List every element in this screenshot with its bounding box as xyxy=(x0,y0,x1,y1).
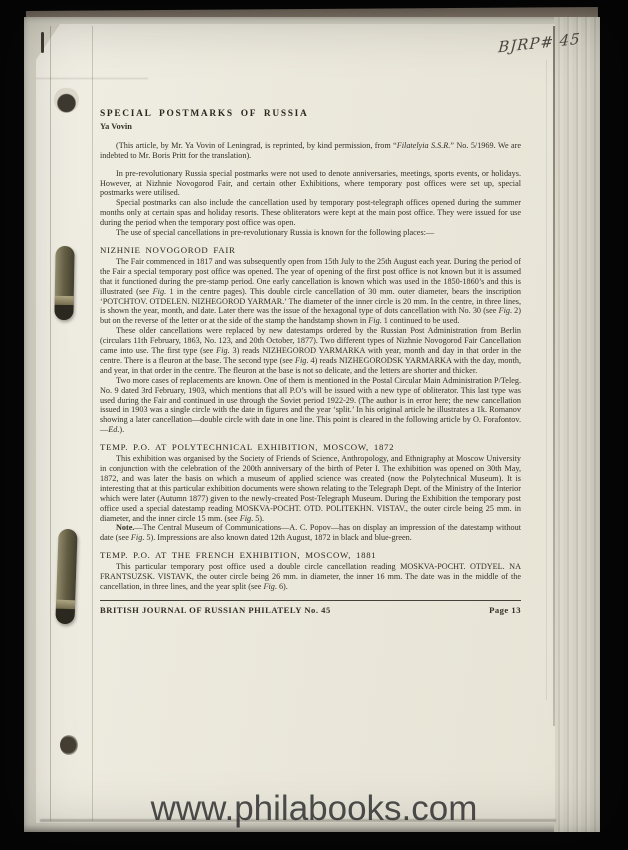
edge-pen-mark xyxy=(41,32,44,53)
section-paragraph: The Fair commenced in 1817 and was subse… xyxy=(100,257,521,326)
article-title: SPECIAL POSTMARKS OF RUSSIA xyxy=(100,110,521,120)
intro-paragraph: (This article, by Mr. Ya Vovin of Lening… xyxy=(100,141,521,161)
intro-paragraph: In pre-revolutionary Russia special post… xyxy=(100,169,521,199)
article-content: SPECIAL POSTMARKS OF RUSSIA Ya Vovin (Th… xyxy=(100,110,521,616)
punch-hole-bottom xyxy=(60,735,78,755)
intro-paragraph: Special postmarks can also include the c… xyxy=(100,198,521,228)
section-paragraph: This exhibition was organised by the Soc… xyxy=(100,454,521,523)
author-byline: Ya Vovin xyxy=(100,122,521,132)
brass-fastener-bottom xyxy=(55,529,77,625)
intro-paragraph: The use of special cancellations in pre-… xyxy=(100,228,521,238)
philabooks-watermark: www.philabooks.com xyxy=(0,789,628,829)
page-right-edge xyxy=(553,26,555,726)
section-paragraph: This particular temporary post office us… xyxy=(100,562,521,592)
section-paragraph: Two more cases of replacements are known… xyxy=(100,376,521,435)
punch-hole-top xyxy=(54,87,79,113)
section-heading: TEMP. P.O. AT THE FRENCH EXHIBITION, MOS… xyxy=(100,551,521,561)
section-heading: NIZHNIE NOVOGOROD FAIR xyxy=(100,246,521,256)
brass-fastener-fold xyxy=(55,296,74,305)
journal-title: BRITISH JOURNAL OF RUSSIAN PHILATELY No.… xyxy=(100,606,331,616)
paper-scuff-line xyxy=(546,60,547,700)
section-heading: TEMP. P.O. AT POLYTECHNICAL EXHIBITION, … xyxy=(100,443,521,453)
binding-crease-left xyxy=(50,26,51,821)
page-number: Page 13 xyxy=(489,606,521,616)
section-note-paragraph: Note.—The Central Museum of Communicatio… xyxy=(100,523,521,543)
page-footer: BRITISH JOURNAL OF RUSSIAN PHILATELY No.… xyxy=(100,600,521,616)
horizontal-crease xyxy=(36,78,148,79)
binding-crease-right xyxy=(92,26,93,821)
photo-of-document: BJRP# 45 SPECIAL POSTMARKS OF RUSSIA Ya … xyxy=(0,0,628,850)
section-paragraph: These older cancellations were replaced … xyxy=(100,326,521,376)
brass-fastener-top xyxy=(54,246,74,320)
